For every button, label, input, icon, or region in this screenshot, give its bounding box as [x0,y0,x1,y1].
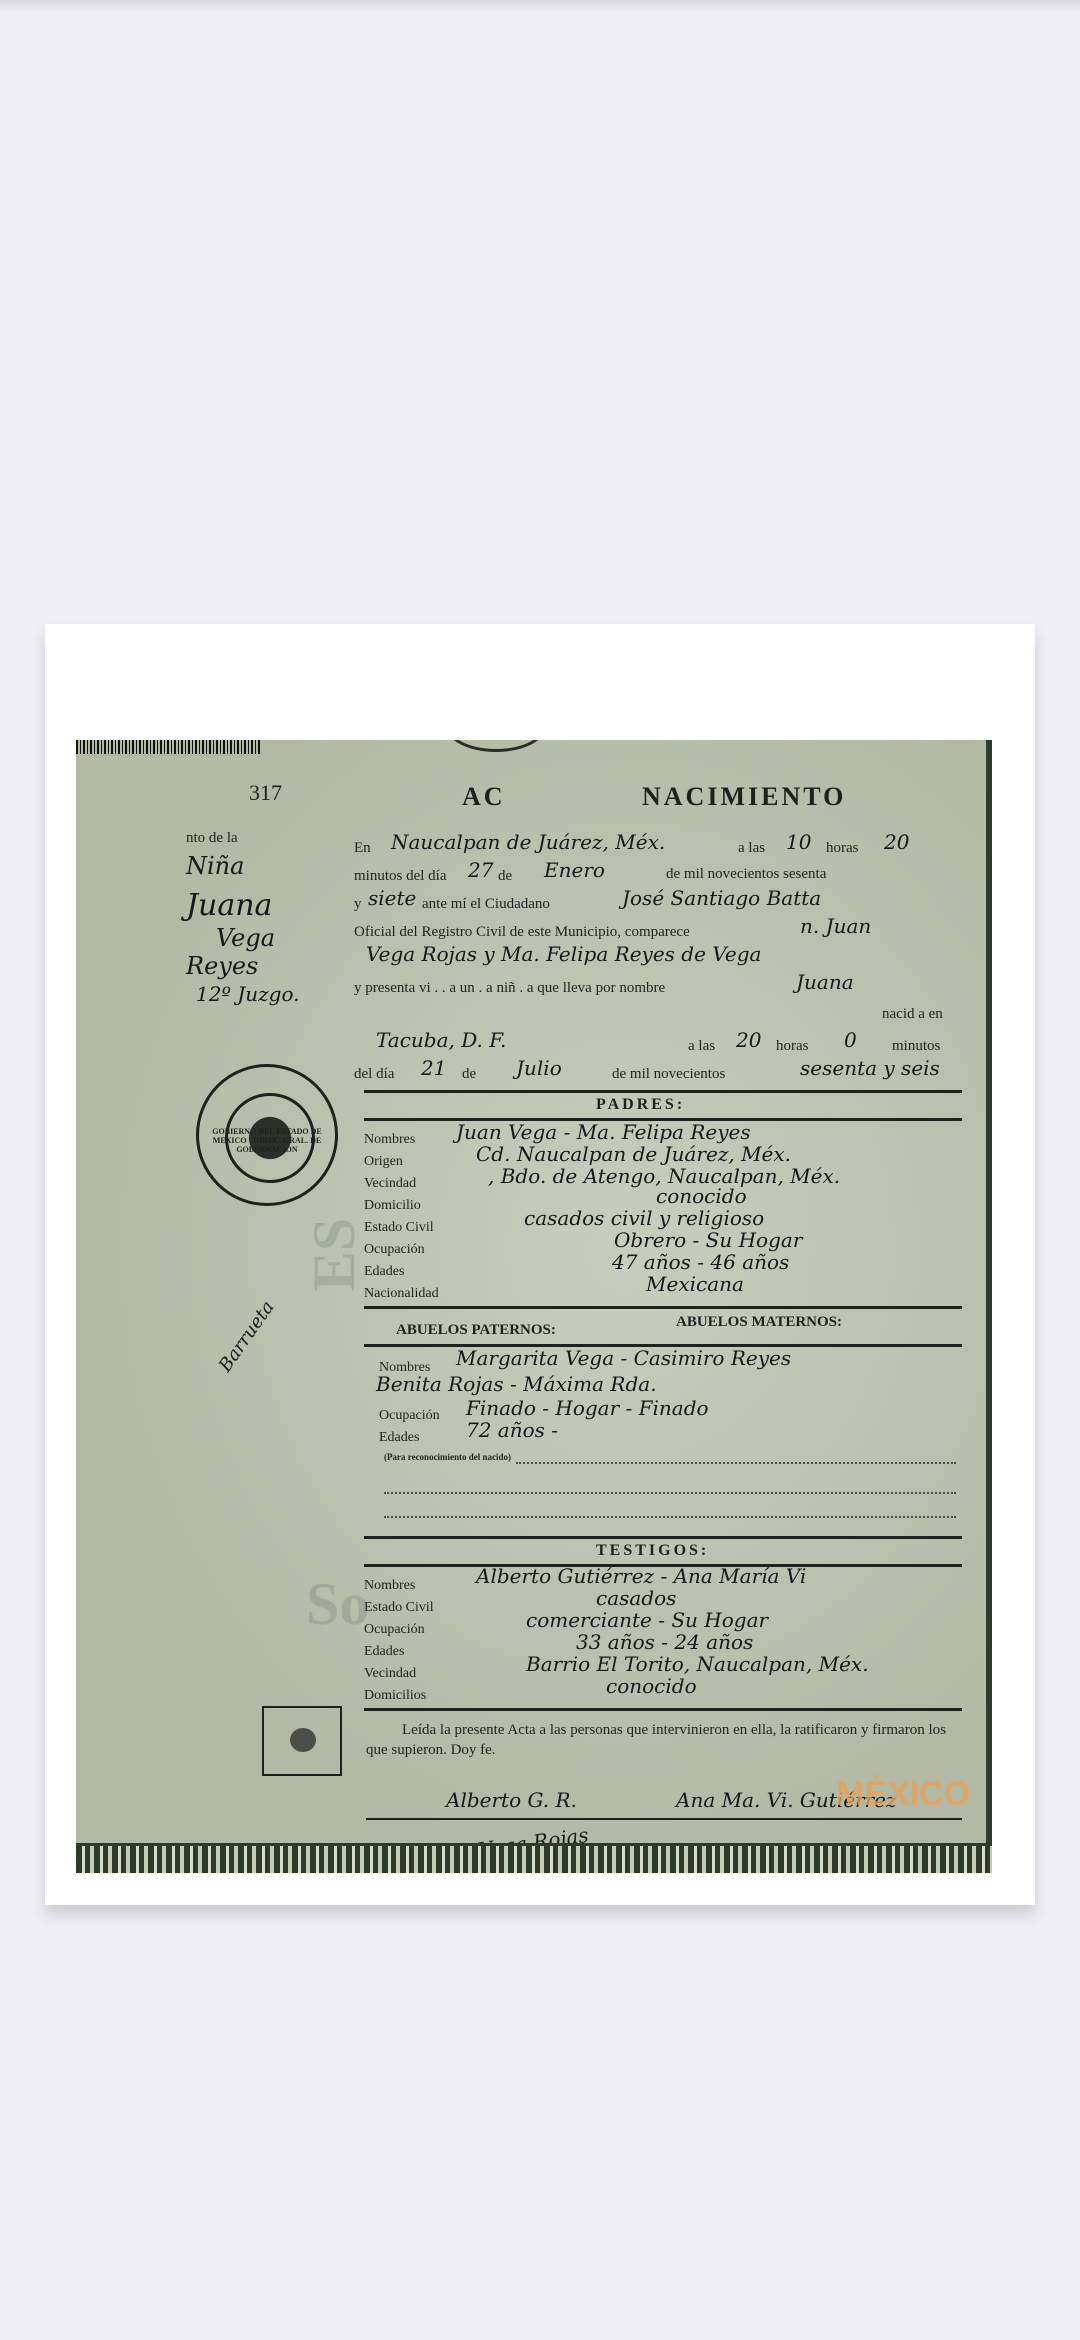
barcode [76,740,262,754]
body-birth-hour: 20 [736,1028,761,1052]
abuelos-maternos-heading: ABUELOS MATERNOS: [676,1314,842,1331]
body-en-label: En [354,840,371,857]
body-birth-day: 21 [421,1056,446,1080]
abuelos-paternos-heading: ABUELOS PATERNOS: [396,1322,556,1339]
body-birth-month: Julio [516,1056,562,1080]
abuelos-nombres-1: Margarita Vega - Casimiro Reyes [456,1346,791,1370]
body-birth-a-las: a las [688,1038,715,1055]
abuelos-ocupacion-label: Ocupación [379,1408,440,1424]
body-place: Naucalpan de Juárez, Méx. [391,830,665,854]
signature-witness-1: Alberto G. R. [446,1788,577,1812]
mexico-stamp: MÉXICO [836,1775,970,1814]
decorative-border [76,1843,992,1873]
act-number: 317 [249,780,282,806]
body-hour: 10 [786,830,811,854]
body-minutos: minutos [892,1038,940,1055]
body-y: y [354,896,362,913]
body-birth-de: de [462,1066,476,1083]
body-presenta: y presenta vi . . a un . a niñ . a que l… [354,980,665,997]
body-child-name: Juana [796,970,854,994]
margin-line-6: 12º Juzgo. [196,982,300,1006]
body-comparece-2: Vega Rojas y Ma. Felipa Reyes de Vega [366,942,761,966]
title-right: NACIMIENTO [642,782,846,812]
body-horas: horas [826,840,859,857]
margin-line-1: nto de la [186,830,238,847]
padres-heading: PADRES: [596,1096,685,1114]
testigos-heading: TESTIGOS: [596,1542,709,1560]
body-oficial-line: Oficial del Registro Civil de este Munic… [354,924,690,941]
watermark-es: ES [300,1218,369,1291]
abuelos-nombres-2: Benita Rojas - Máxima Rda. [376,1372,657,1396]
body-nacida-en: nacid a en [882,1006,943,1023]
margin-line-2: Niña [186,852,244,880]
body-birth-year-prefix: de mil novecientos [612,1066,725,1083]
body-official-name: José Santiago Batta [622,886,821,910]
body-a-las: a las [738,840,765,857]
document-image[interactable]: 317 AC NACIMIENTO nto de la Niña Juana V… [76,740,992,1873]
government-seal: GOBIERNO DEL ESTADO DE MEXICO · DIREC. G… [196,1064,338,1206]
body-year-suffix: siete [368,886,416,910]
body-comparece-1: n. Juan [800,914,871,938]
margin-line-3: Juana [186,888,272,923]
body-minutos-dia: minutos del día [354,868,447,885]
document-border [986,740,992,1873]
body-year-prefix: de mil novecientos sesenta [666,866,826,883]
body-month: Enero [544,858,605,882]
body-birth-year-suffix: sesenta y seis [800,1056,940,1080]
status-bar-shadow [0,0,1080,12]
abuelos-edades-value: 72 años - [466,1418,558,1442]
body-del-dia: del día [354,1066,394,1083]
top-emblem [446,740,546,752]
thumbprint-box [262,1706,342,1776]
title-left: AC [462,782,506,812]
body-ante-mi: ante mí el Ciudadano [422,896,550,913]
abuelos-ocupacion-value: Finado - Hogar - Finado [466,1396,709,1420]
reconocimiento-label: (Para reconocimiento del nacido) [384,1452,511,1462]
closing-text: Leída la presente Acta a las personas qu… [366,1720,962,1760]
margin-line-5: Reyes [186,952,258,980]
body-birth-minutes: 0 [844,1028,857,1052]
signature-margin: Barrueta [215,1297,279,1376]
body-birth-place: Tacuba, D. F. [376,1028,506,1052]
watermark-so: So [306,1570,369,1639]
body-birth-horas: horas [776,1038,809,1055]
body-day: 27 [468,858,493,882]
abuelos-edades-label: Edades [379,1430,419,1446]
body-minutes: 20 [884,830,909,854]
margin-line-4: Vega [216,924,275,952]
body-de: de [498,868,512,885]
